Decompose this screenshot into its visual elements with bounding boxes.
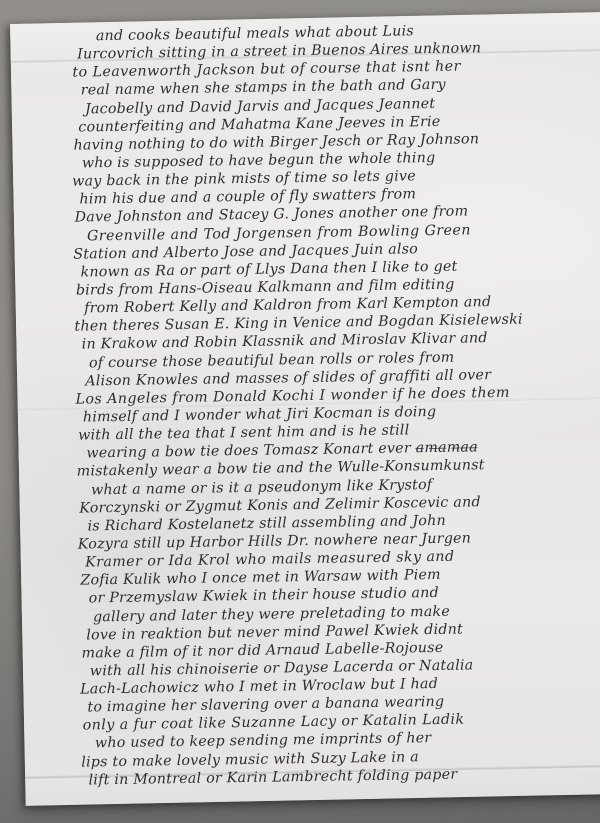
- photo-background: and cooks beautiful meals what about Lui…: [0, 0, 600, 823]
- handwritten-text-block: and cooks beautiful meals what about Lui…: [70, 20, 600, 790]
- letter-paper: and cooks beautiful meals what about Lui…: [10, 12, 600, 806]
